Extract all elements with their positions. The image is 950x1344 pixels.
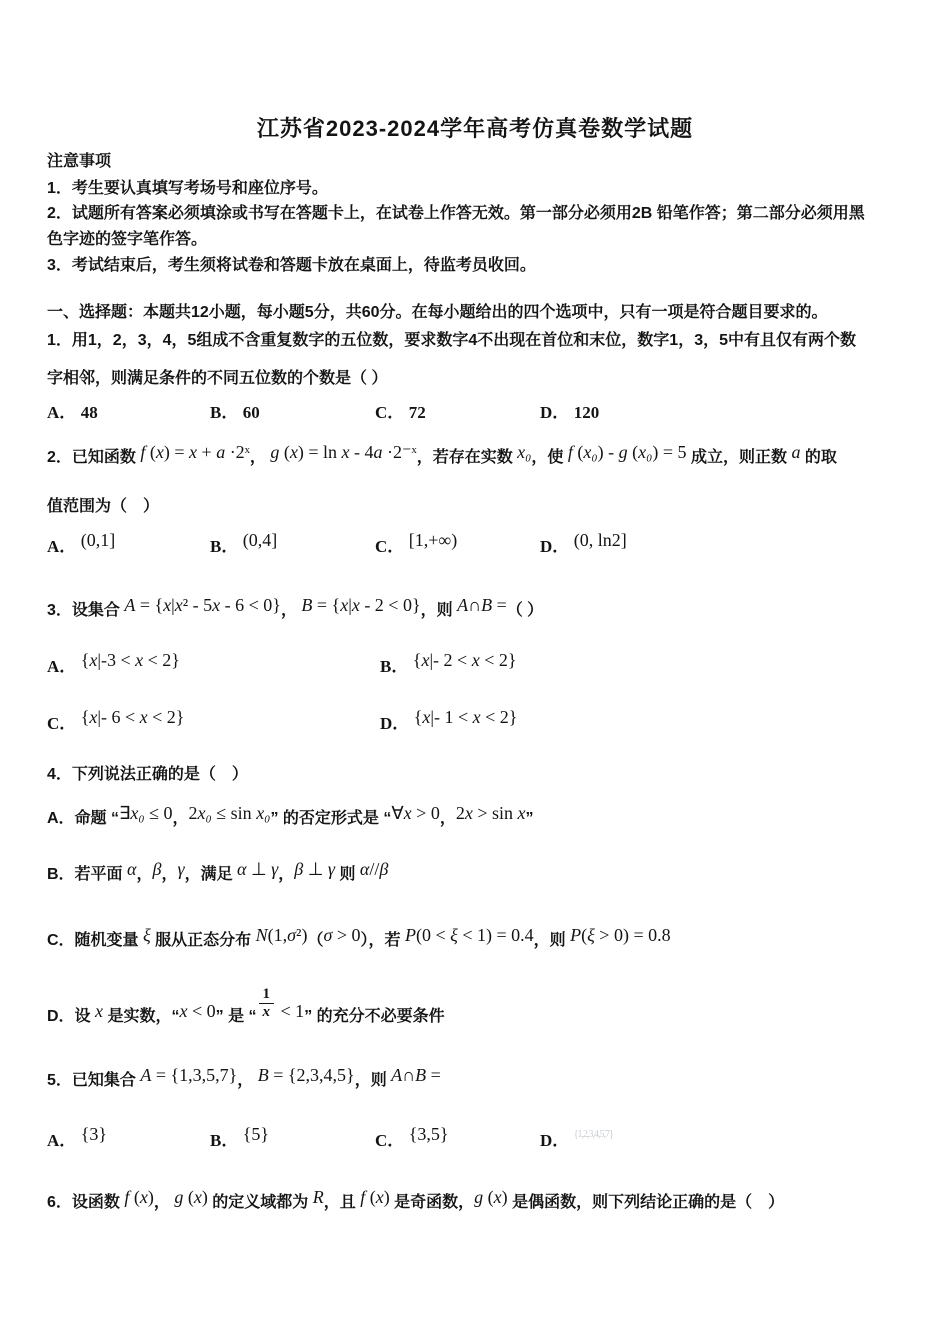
option-1a-label: A． (47, 403, 76, 422)
question-6-line-1: 6．设函数 f (x)， g (x) 的定义域都为 R，且 f (x) 是奇函数… (47, 1190, 917, 1214)
option-2a-value: (0,1] (81, 539, 116, 556)
option-1d: D． 120 (540, 398, 599, 423)
option-5a-label: A． (47, 1131, 76, 1150)
option-1c-value: 72 (409, 405, 426, 422)
question-3-options-row-1: A． {x|-3 < x < 2} B． {x|- 2 < x < 2} (47, 652, 917, 696)
option-2c-value: [1,+∞) (409, 539, 457, 556)
option-5b-label: B． (210, 1131, 238, 1150)
option-1b-label: B． (210, 403, 238, 422)
question-3-line-1: 3．设集合 A = {x|x² - 5x - 6 < 0}， B = {x|x … (47, 598, 917, 622)
exam-title: 江苏省2023-2024学年高考仿真卷数学试题 (0, 112, 950, 143)
option-5d-value: {1,2,3,4,5,7} (574, 1133, 613, 1150)
question-4-stem: 4．下列说法正确的是（ ） (47, 765, 917, 786)
notice-line-1: 1．考生要认真填写考场号和座位序号。 (47, 179, 917, 200)
notice-heading: 注意事项 (47, 152, 917, 173)
option-2d: D． (0, ln2] (540, 532, 627, 557)
question-2-line-1: 2．已知函数 f (x) = x + a ·2ˣ， g (x) = ln x -… (47, 445, 917, 469)
notice-line-2a: 2．试题所有答案必须填涂或书写在答题卡上，在试卷上作答无效。第一部分必须用2B … (47, 204, 917, 225)
question-4-option-d: D．设 x 是实数，“x < 0” 是 “1x < 1” 的充分不必要条件 (47, 1000, 917, 1034)
option-1a-value: 48 (81, 405, 98, 422)
option-3c: C． {x|- 6 < x < 2} (47, 709, 184, 734)
exam-paper-page: 江苏省2023-2024学年高考仿真卷数学试题 注意事项 1．考生要认真填写考场… (0, 0, 950, 1344)
option-3b-value: {x|- 2 < x < 2} (413, 659, 517, 676)
option-5c-label: C． (375, 1131, 404, 1150)
option-2d-value: (0, ln2] (574, 539, 627, 556)
question-1-line-1: 1．用1，2，3，4，5组成不含重复数字的五位数，要求数字4不出现在首位和末位，… (47, 331, 917, 352)
option-5d-label: D． (540, 1131, 569, 1150)
notice-line-2b: 色字迹的签字笔作答。 (47, 230, 917, 251)
option-3a-label: A． (47, 657, 76, 676)
option-5b-value: {5} (243, 1133, 269, 1150)
option-5c: C． {3,5} (375, 1126, 449, 1151)
question-4-option-c: C．随机变量 ξ 服从正态分布 N(1,σ²)（σ > 0），若 P(0 < ξ… (47, 928, 917, 952)
notice-line-3: 3．考试结束后，考生须将试卷和答题卡放在桌面上，待监考员收回。 (47, 256, 917, 277)
option-2d-label: D． (540, 537, 569, 556)
option-3c-value: {x|- 6 < x < 2} (81, 716, 185, 733)
question-1-line-2: 字相邻，则满足条件的不同五位数的个数是（ ） (47, 369, 917, 390)
option-5c-value: {3,5} (409, 1133, 449, 1150)
option-2a: A． (0,1] (47, 532, 115, 557)
option-5d: D． {1,2,3,4,5,7} (540, 1126, 613, 1151)
question-1-options: A． 48 B． 60 C． 72 D． 120 (47, 398, 917, 442)
option-1d-value: 120 (574, 405, 600, 422)
option-1d-label: D． (540, 403, 569, 422)
option-5b: B． {5} (210, 1126, 269, 1151)
question-2-options: A． (0,1] B． (0,4] C． [1,+∞) D． (0, ln2] (47, 532, 917, 576)
option-1b: B． 60 (210, 398, 260, 423)
option-2b: B． (0,4] (210, 532, 277, 557)
option-2b-value: (0,4] (243, 539, 278, 556)
question-5-line-1: 5．已知集合 A = {1,3,5,7}， B = {2,3,4,5}，则 A∩… (47, 1068, 917, 1092)
option-1b-value: 60 (243, 405, 260, 422)
option-3c-label: C． (47, 714, 76, 733)
option-3b-label: B． (380, 657, 408, 676)
option-5a-value: {3} (81, 1133, 107, 1150)
option-3a-value: {x|-3 < x < 2} (81, 659, 180, 676)
section-1-heading: 一、选择题：本题共12小题，每小题5分，共60分。在每小题给出的四个选项中，只有… (47, 303, 917, 324)
option-2b-label: B． (210, 537, 238, 556)
question-2-line-2: 值范围为（ ） (47, 497, 917, 518)
question-4-option-a: A．命题 “∃x₀ ≤ 0，2x₀ ≤ sin x₀” 的否定形式是 “∀x >… (47, 806, 917, 830)
option-3b: B． {x|- 2 < x < 2} (380, 652, 516, 677)
option-3d: D． {x|- 1 < x < 2} (380, 709, 517, 734)
option-3d-value: {x|- 1 < x < 2} (414, 716, 518, 733)
option-2c-label: C． (375, 537, 404, 556)
option-2a-label: A． (47, 537, 76, 556)
option-3a: A． {x|-3 < x < 2} (47, 652, 180, 677)
option-1c: C． 72 (375, 398, 426, 423)
option-1a: A． 48 (47, 398, 98, 423)
option-1c-label: C． (375, 403, 404, 422)
option-5a: A． {3} (47, 1126, 107, 1151)
option-2c: C． [1,+∞) (375, 532, 457, 557)
question-4-option-b: B．若平面 α，β，γ，满足 α ⊥ γ，β ⊥ γ 则 α//β (47, 862, 917, 886)
question-3-options-row-2: C． {x|- 6 < x < 2} D． {x|- 1 < x < 2} (47, 709, 917, 753)
option-3d-label: D． (380, 714, 409, 733)
question-5-options: A． {3} B． {5} C． {3,5} D． {1,2,3,4,5,7} (47, 1126, 917, 1170)
